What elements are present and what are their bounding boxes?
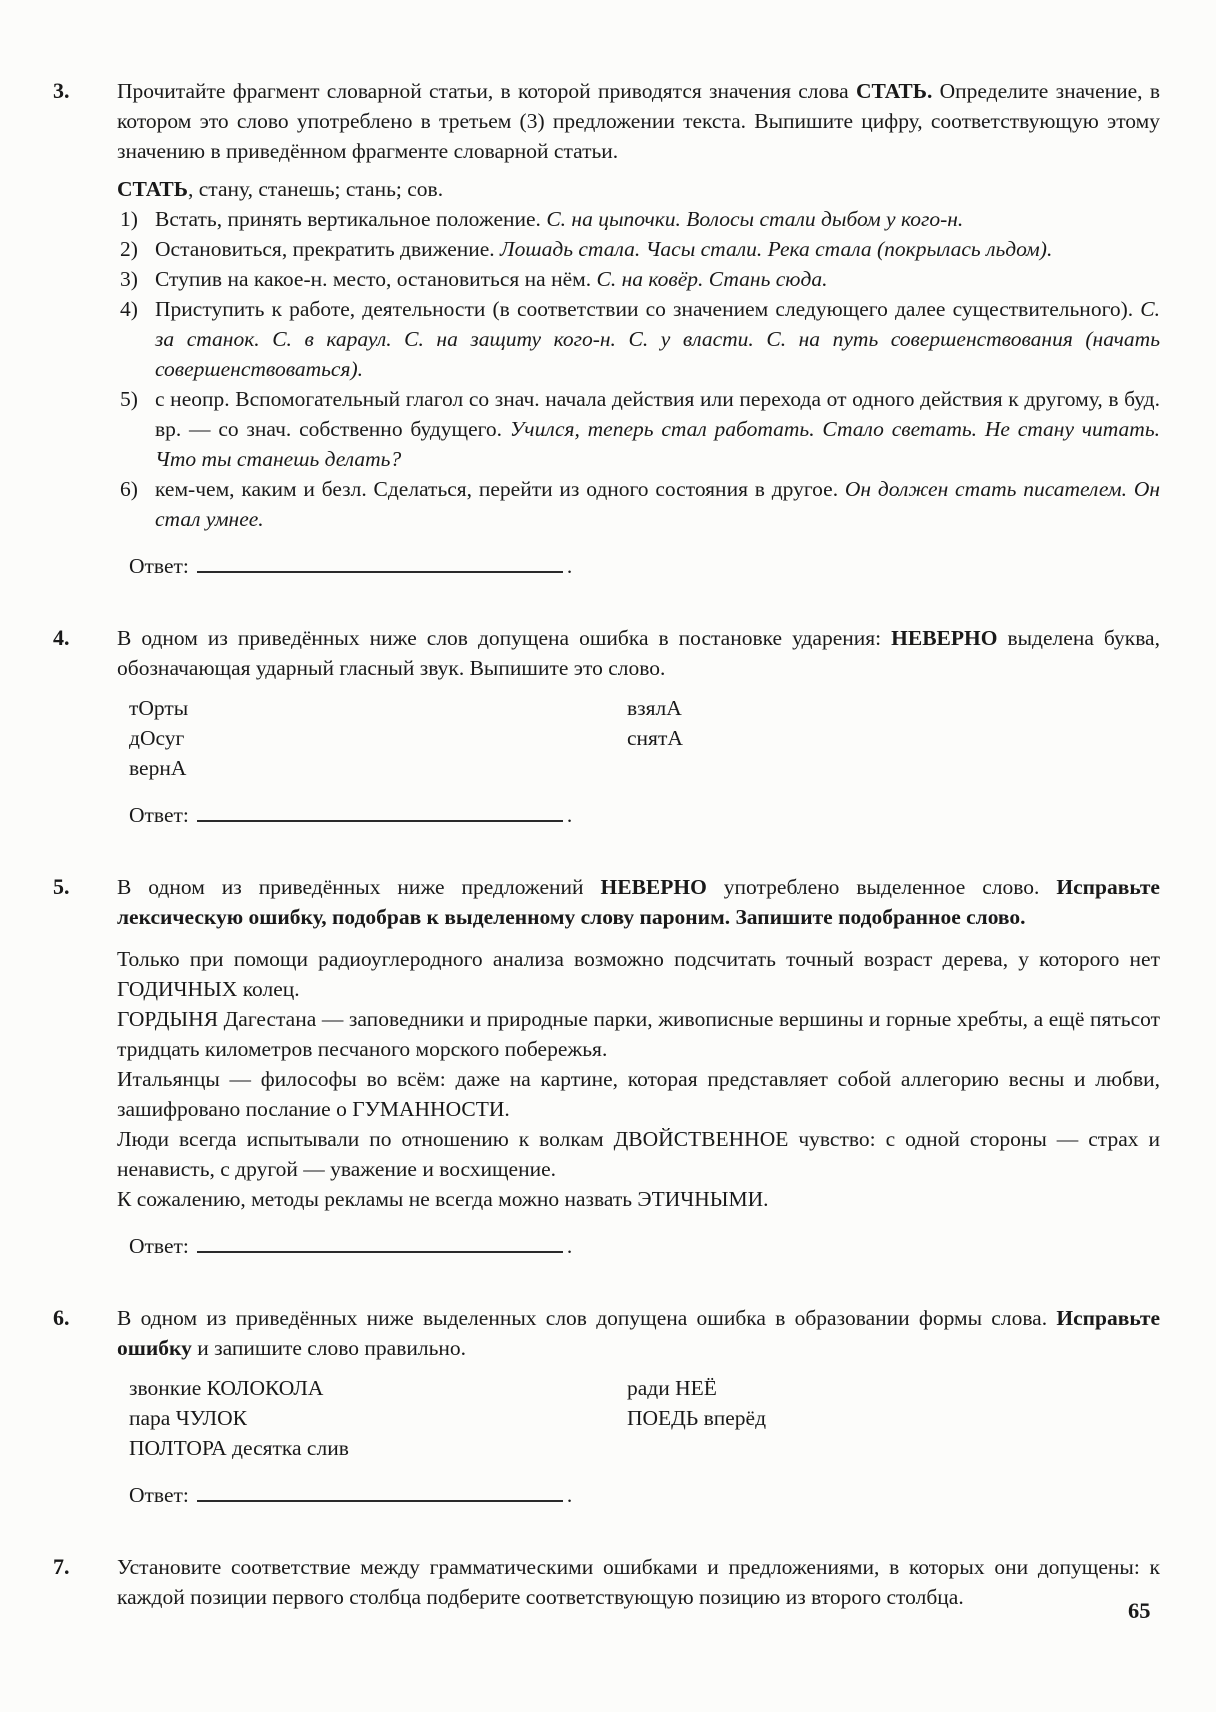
- task-6-column-2: ради НЕЁ ПОЕДЬ вперёд: [627, 1373, 766, 1433]
- word-item: снятА: [627, 723, 683, 753]
- sense-2-number: 2): [120, 234, 138, 264]
- task-4-column-2: взялА снятА: [627, 693, 683, 753]
- word-item: ради НЕЁ: [627, 1373, 766, 1403]
- task-6-number: 6.: [53, 1303, 70, 1333]
- task-3: 3. Прочитайте фрагмент словарной статьи,…: [117, 76, 1160, 581]
- task-4-number: 4.: [53, 623, 70, 653]
- sense-1-text: Встать, принять вертикальное положение. …: [155, 207, 963, 231]
- dictionary-headword: СТАТЬ, стану, станешь; стань; сов.: [117, 174, 1160, 204]
- answer-blank-line: [197, 799, 563, 822]
- sense-6-number: 6): [120, 474, 138, 504]
- task-4-intro: В одном из приведённых ниже слов допущен…: [117, 623, 1160, 683]
- task-4: 4. В одном из приведённых ниже слов допу…: [117, 623, 1160, 830]
- sense-6-text: кем-чем, каким и безл. Сделаться, перейт…: [155, 477, 1160, 531]
- sentence: ГОРДЫНЯ Дагестана — заповедники и природ…: [117, 1004, 1160, 1064]
- dictionary-entry: СТАТЬ, стану, станешь; стань; сов. 1) Вс…: [117, 174, 1160, 534]
- task-3-intro: Прочитайте фрагмент словарной статьи, в …: [117, 76, 1160, 166]
- task-5-sentences: Только при помощи радиоуглеродного анали…: [117, 944, 1160, 1214]
- sentence: К сожалению, методы рекламы не всегда мо…: [117, 1184, 1160, 1214]
- task-4-answer-row: Ответ:.: [129, 799, 1160, 830]
- word-item: взялА: [627, 693, 683, 723]
- sentence: Люди всегда испытывали по отношению к во…: [117, 1124, 1160, 1184]
- workbook-page: 3. Прочитайте фрагмент словарной статьи,…: [0, 0, 1216, 1712]
- word-item: вернА: [129, 753, 1160, 783]
- word-item: ПОЕДЬ вперёд: [627, 1403, 766, 1433]
- sense-1-number: 1): [120, 204, 138, 234]
- task-5-intro: В одном из приведённых ниже предложений …: [117, 872, 1160, 932]
- sense-5-number: 5): [120, 384, 138, 414]
- task-6-intro: В одном из приведённых ниже выделенных с…: [117, 1303, 1160, 1363]
- task-3-number: 3.: [53, 76, 70, 106]
- dictionary-sense-4: 4) Приступить к работе, деятельности (в …: [117, 294, 1160, 384]
- sense-4-number: 4): [120, 294, 138, 324]
- sense-2-text: Остановиться, прекратить движение. Лошад…: [155, 237, 1052, 261]
- task-6-word-columns: звонкие КОЛОКОЛА пара ЧУЛОК ПОЛТОРА деся…: [129, 1373, 1160, 1463]
- sentence: Только при помощи радиоуглеродного анали…: [117, 944, 1160, 1004]
- answer-period: .: [567, 1483, 572, 1507]
- word-item: ПОЛТОРА десятка слив: [129, 1433, 1160, 1463]
- page-content: 3. Прочитайте фрагмент словарной статьи,…: [117, 76, 1160, 1654]
- sense-5-text: с неопр. Вспомогательный глагол со знач.…: [155, 387, 1160, 471]
- sense-3-text: Ступив на какое-н. место, остановиться н…: [155, 267, 827, 291]
- dictionary-sense-6: 6) кем-чем, каким и безл. Сделаться, пер…: [117, 474, 1160, 534]
- answer-period: .: [567, 554, 572, 578]
- task-5: 5. В одном из приведённых ниже предложен…: [117, 872, 1160, 1261]
- task-7-number: 7.: [53, 1552, 70, 1582]
- dictionary-sense-3: 3) Ступив на какое-н. место, остановитьс…: [117, 264, 1160, 294]
- task-5-answer-row: Ответ:.: [129, 1230, 1160, 1261]
- answer-blank-line: [197, 1230, 563, 1253]
- sense-4-text: Приступить к работе, деятельности (в соо…: [155, 297, 1160, 381]
- answer-blank-line: [197, 1479, 563, 1502]
- answer-label: Ответ:: [129, 803, 189, 827]
- task-6: 6. В одном из приведённых ниже выделенны…: [117, 1303, 1160, 1510]
- task-3-answer-row: Ответ:.: [129, 550, 1160, 581]
- answer-label: Ответ:: [129, 1483, 189, 1507]
- sense-3-number: 3): [120, 264, 138, 294]
- sentence: Итальянцы — философы во всём: даже на ка…: [117, 1064, 1160, 1124]
- task-6-answer-row: Ответ:.: [129, 1479, 1160, 1510]
- dictionary-sense-2: 2) Остановиться, прекратить движение. Ло…: [117, 234, 1160, 264]
- answer-label: Ответ:: [129, 1234, 189, 1258]
- task-5-number: 5.: [53, 872, 70, 902]
- answer-period: .: [567, 803, 572, 827]
- answer-blank-line: [197, 550, 563, 573]
- answer-period: .: [567, 1234, 572, 1258]
- task-7: 7. Установите соответствие между граммат…: [117, 1552, 1160, 1612]
- task-4-word-columns: тОрты дОсуг вернА взялА снятА: [129, 693, 1160, 783]
- task-7-intro: Установите соответствие между грамматиче…: [117, 1552, 1160, 1612]
- page-number: 65: [1128, 1596, 1151, 1626]
- dictionary-sense-1: 1) Встать, принять вертикальное положени…: [117, 204, 1160, 234]
- dictionary-sense-5: 5) с неопр. Вспомогательный глагол со зн…: [117, 384, 1160, 474]
- answer-label: Ответ:: [129, 554, 189, 578]
